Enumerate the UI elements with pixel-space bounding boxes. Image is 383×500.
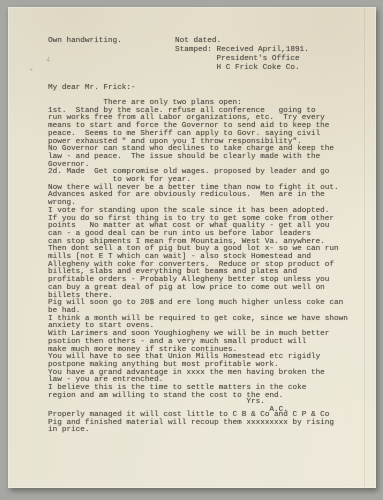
letter-page: 4 + Own handwriting. Not dated. Stamped:…: [8, 7, 376, 488]
postscript: Properly managed it will cost little to …: [48, 412, 334, 435]
letter-body: There are only two plans open: 1st. Stan…: [48, 100, 348, 400]
pencil-mark: 4: [46, 58, 50, 65]
photo-background: 4 + Own handwriting. Not dated. Stamped:…: [0, 0, 383, 500]
salutation: My dear Mr. Frick:-: [48, 85, 136, 93]
archivist-note-own-handwriting: Own handwriting.: [48, 37, 122, 46]
pencil-mark: +: [29, 68, 34, 76]
archivist-note-stamp-block: Not dated. Stamped: Received April,1891.…: [175, 37, 309, 73]
